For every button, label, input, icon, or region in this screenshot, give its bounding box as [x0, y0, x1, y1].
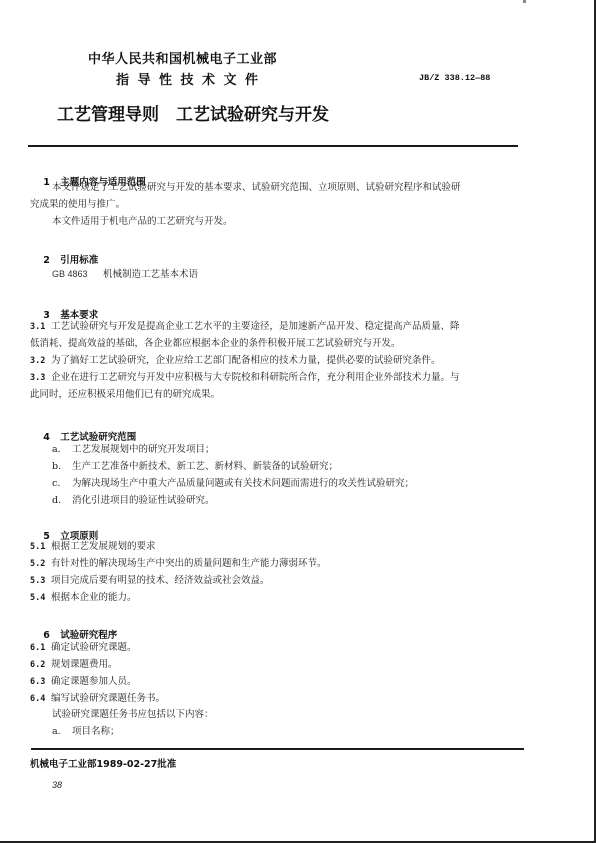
- footer-divider: [31, 748, 524, 750]
- list-item-b: b.生产工艺准备中新技术、新工艺、新材料、新装备的试验研究；: [52, 461, 338, 473]
- document-page: 中华人民共和国机械电子工业部 指导性技术文件 JB/Z 338.12—88 工艺…: [0, 0, 596, 843]
- reference-entry: GB 4863机械制造工艺基本术语: [52, 268, 198, 281]
- clause-number: 6.2: [30, 659, 51, 671]
- clause-number: 5.4: [30, 592, 51, 604]
- clause-5-4: 5.4根据本企业的能力。: [30, 592, 137, 604]
- item-label: c.: [52, 478, 72, 490]
- document-code: JB/Z 338.12—88: [419, 73, 490, 83]
- clause-number: 5.2: [30, 558, 51, 570]
- item-text: 为解决现场生产中重大产品质量问题或有关技术问题而需进行的攻关性试验研究；: [72, 478, 414, 489]
- page-number: 38: [52, 780, 62, 790]
- document-type: 指导性技术文件: [116, 69, 267, 88]
- clause-text: 项目完成后要有明显的技术、经济效益或社会效益。: [51, 575, 270, 586]
- section-number: 3: [43, 310, 60, 321]
- section-title: 引用标准: [60, 255, 98, 266]
- reference-title: 机械制造工艺基本术语: [103, 269, 198, 280]
- section-title: 工艺试验研究范围: [60, 432, 136, 443]
- item-text: 工艺发展规划中的研究开发项目；: [72, 444, 215, 455]
- paragraph-line: 本文件适用于机电产品的工艺研究与开发。: [52, 216, 233, 228]
- approval-line: 机械电子工业部1989-02-27批准: [30, 756, 176, 770]
- section-title: 基本要求: [60, 310, 98, 321]
- clause-text: 规划课题费用。: [51, 659, 118, 670]
- clause-note: 试验研究课题任务书应包括以下内容：: [52, 709, 214, 721]
- clause-text: 根据工艺发展规划的要求: [51, 541, 156, 552]
- item-label: a.: [52, 444, 72, 456]
- paragraph-line: 本文件规定了工艺试验研究与开发的基本要求、试验研究范围、立项原则、试验研究程序和…: [52, 182, 461, 194]
- list-item-a: a.工艺发展规划中的研究开发项目；: [52, 444, 215, 456]
- section-number: 4: [43, 432, 60, 443]
- document-title: 工艺管理导则 工艺试验研究与开发: [57, 100, 329, 125]
- clause-number: 6.4: [30, 693, 51, 705]
- clause-number: 3.2: [30, 355, 51, 367]
- paragraph-line: 究成果的使用与推广。: [30, 199, 125, 211]
- clause-3-1: 3.1工艺试验研究与开发是提高企业工艺水平的主要途径，是加速新产品开发、稳定提高…: [30, 321, 460, 333]
- issuing-organization: 中华人民共和国机械电子工业部: [88, 48, 277, 67]
- clause-text: 企业在进行工艺研究与开发中应积极与大专院校和科研院所合作，充分利用企业外部技术力…: [51, 372, 460, 383]
- item-text: 生产工艺准备中新技术、新工艺、新材料、新装备的试验研究；: [72, 461, 338, 472]
- clause-5-3: 5.3项目完成后要有明显的技术、经济效益或社会效益。: [30, 575, 270, 587]
- item-label: d.: [52, 495, 72, 507]
- clause-number: 5.3: [30, 575, 51, 587]
- clause-5-2: 5.2有针对性的解决现场生产中突出的质量问题和生产能力薄弱环节。: [30, 558, 327, 570]
- clause-text: 确定试验研究课题。: [51, 642, 137, 653]
- clause-number: 3.1: [30, 321, 51, 333]
- clause-3-2: 3.2为了搞好工艺试验研究，企业应给工艺部门配备相应的技术力量，提供必要的试验研…: [30, 355, 441, 367]
- section-number: 6: [43, 630, 60, 641]
- reference-code: GB 4863: [52, 268, 103, 280]
- clause-6-1: 6.1确定试验研究课题。: [30, 642, 137, 654]
- clause-6-2: 6.2规划课题费用。: [30, 659, 118, 671]
- list-item-c: c.为解决现场生产中重大产品质量问题或有关技术问题而需进行的攻关性试验研究；: [52, 478, 414, 490]
- item-text: 消化引进项目的验证性试验研究。: [72, 495, 215, 506]
- list-item-a: a.项目名称；: [52, 726, 120, 738]
- clause-continuation: 低消耗、提高效益的基础，各企业都应根据本企业的条件积极开展工艺试验研究与开发。: [30, 338, 401, 350]
- clause-text: 为了搞好工艺试验研究，企业应给工艺部门配备相应的技术力量，提供必要的试验研究条件…: [51, 355, 441, 366]
- clause-text: 有针对性的解决现场生产中突出的质量问题和生产能力薄弱环节。: [51, 558, 327, 569]
- section-number: 2: [43, 255, 60, 266]
- clause-3-3: 3.3企业在进行工艺研究与开发中应积极与大专院校和科研院所合作，充分利用企业外部…: [30, 372, 460, 384]
- clause-text: 编写试验研究课题任务书。: [51, 693, 165, 704]
- item-text: 项目名称；: [72, 726, 120, 737]
- item-label: b.: [52, 461, 72, 473]
- clause-5-1: 5.1根据工艺发展规划的要求: [30, 541, 156, 553]
- clause-6-4: 6.4编写试验研究课题任务书。: [30, 693, 165, 705]
- clause-number: 3.3: [30, 372, 51, 384]
- section-title: 试验研究程序: [60, 630, 117, 641]
- clause-number: 6.1: [30, 642, 51, 654]
- scan-mark: [523, 0, 526, 3]
- list-item-d: d.消化引进项目的验证性试验研究。: [52, 495, 215, 507]
- clause-text: 工艺试验研究与开发是提高企业工艺水平的主要途径，是加速新产品开发、稳定提高产品质…: [51, 321, 460, 332]
- clause-text: 根据本企业的能力。: [51, 592, 137, 603]
- clause-number: 5.1: [30, 541, 51, 553]
- clause-text: 确定课题参加人员。: [51, 676, 137, 687]
- clause-6-3: 6.3确定课题参加人员。: [30, 676, 137, 688]
- item-label: a.: [52, 726, 72, 738]
- clause-continuation: 此同时，还应积极采用他们已有的研究成果。: [30, 389, 220, 401]
- header-divider: [28, 145, 518, 147]
- clause-number: 6.3: [30, 676, 51, 688]
